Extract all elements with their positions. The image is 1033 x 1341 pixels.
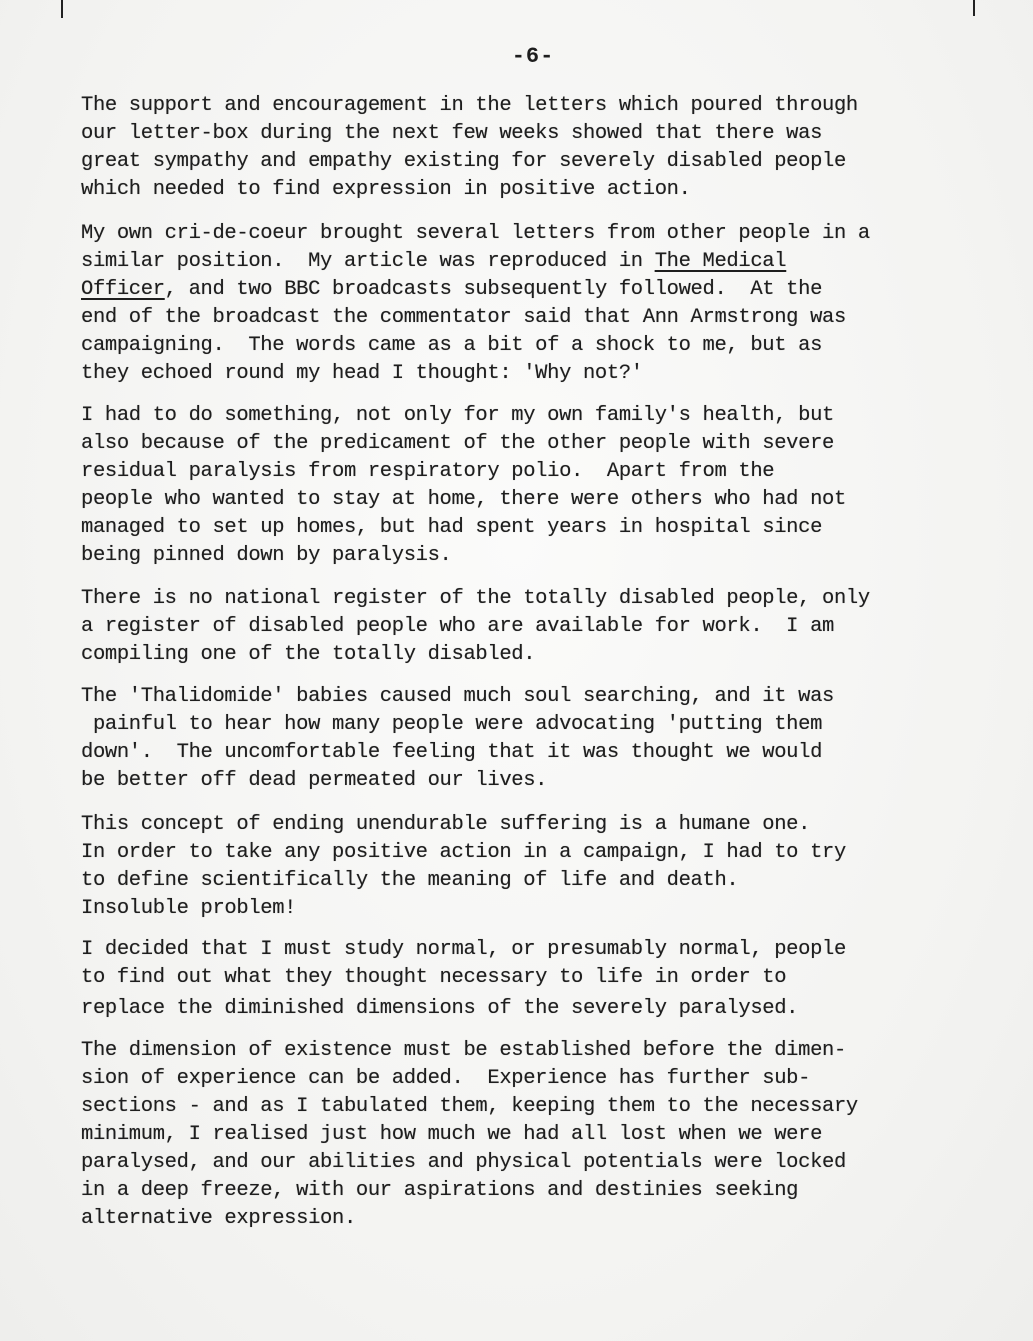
text-line: painful to hear how many people were adv… bbox=[81, 711, 1021, 739]
text-line: also because of the predicament of the o… bbox=[81, 430, 1021, 458]
text-line: to define scientifically the meaning of … bbox=[81, 867, 1021, 895]
text-line: campaigning. The words came as a bit of … bbox=[81, 332, 1021, 360]
paragraph-national-register: There is no national register of the tot… bbox=[81, 585, 1021, 669]
paragraph-cri-de-coeur: My own cri-de-coeur brought several lett… bbox=[81, 220, 1021, 388]
text-line: people who wanted to stay at home, there… bbox=[81, 486, 1021, 514]
text-fragment: , and two BBC broadcasts subsequently fo… bbox=[165, 278, 822, 301]
text-line: The 'Thalidomide' babies caused much sou… bbox=[81, 683, 1021, 711]
text-line: to find out what they thought necessary … bbox=[81, 964, 1021, 992]
text-line: great sympathy and empathy existing for … bbox=[81, 148, 1021, 176]
text-line: I had to do something, not only for my o… bbox=[81, 402, 1021, 430]
text-line: I decided that I must study normal, or p… bbox=[81, 936, 1021, 964]
text-line: a register of disabled people who are av… bbox=[81, 613, 1021, 641]
paragraph-humane-concept: This concept of ending unendurable suffe… bbox=[81, 811, 1021, 923]
text-line: The support and encouragement in the let… bbox=[81, 92, 1021, 120]
scan-edge-mark-left bbox=[61, 0, 63, 18]
text-line: down'. The uncomfortable feeling that it… bbox=[81, 739, 1021, 767]
text-fragment: similar position. My article was reprodu… bbox=[81, 250, 655, 273]
text-line: alternative expression. bbox=[81, 1205, 1021, 1233]
text-line: they echoed round my head I thought: 'Wh… bbox=[81, 360, 1021, 388]
text-line: This concept of ending unendurable suffe… bbox=[81, 811, 1021, 839]
text-line: My own cri-de-coeur brought several lett… bbox=[81, 220, 1021, 248]
text-line: paralysed, and our abilities and physica… bbox=[81, 1149, 1021, 1177]
text-line: replace the diminished dimensions of the… bbox=[81, 995, 1021, 1023]
text-line: residual paralysis from respiratory poli… bbox=[81, 458, 1021, 486]
typewritten-page: -6- The support and encouragement in the… bbox=[0, 0, 1033, 1341]
paragraph-study-normal: I decided that I must study normal, or p… bbox=[81, 936, 1021, 1023]
text-line: be better off dead permeated our lives. bbox=[81, 767, 1021, 795]
text-line: our letter-box during the next few weeks… bbox=[81, 120, 1021, 148]
paragraph-letters-support: The support and encouragement in the let… bbox=[81, 92, 1021, 204]
text-line: being pinned down by paralysis. bbox=[81, 542, 1021, 570]
text-line: There is no national register of the tot… bbox=[81, 585, 1021, 613]
text-line: managed to set up homes, but had spent y… bbox=[81, 514, 1021, 542]
paragraph-do-something: I had to do something, not only for my o… bbox=[81, 402, 1021, 570]
text-line: The dimension of existence must be estab… bbox=[81, 1037, 1021, 1065]
page-number: -6- bbox=[0, 44, 1033, 69]
text-line: sections - and as I tabulated them, keep… bbox=[81, 1093, 1021, 1121]
paragraph-dimension-of-existence: The dimension of existence must be estab… bbox=[81, 1037, 1021, 1233]
text-line: minimum, I realised just how much we had… bbox=[81, 1121, 1021, 1149]
text-line: end of the broadcast the commentator sai… bbox=[81, 304, 1021, 332]
publication-title-underlined: Officer bbox=[81, 278, 165, 301]
text-line: similar position. My article was reprodu… bbox=[81, 248, 1021, 276]
text-line: Officer, and two BBC broadcasts subseque… bbox=[81, 276, 1021, 304]
text-line: compiling one of the totally disabled. bbox=[81, 641, 1021, 669]
text-line: in a deep freeze, with our aspirations a… bbox=[81, 1177, 1021, 1205]
text-line: In order to take any positive action in … bbox=[81, 839, 1021, 867]
text-line: sion of experience can be added. Experie… bbox=[81, 1065, 1021, 1093]
text-line: which needed to find expression in posit… bbox=[81, 176, 1021, 204]
publication-title-underlined: The Medical bbox=[655, 250, 786, 273]
scan-edge-mark-right bbox=[973, 0, 975, 16]
paragraph-thalidomide: The 'Thalidomide' babies caused much sou… bbox=[81, 683, 1021, 795]
text-line: Insoluble problem! bbox=[81, 895, 1021, 923]
